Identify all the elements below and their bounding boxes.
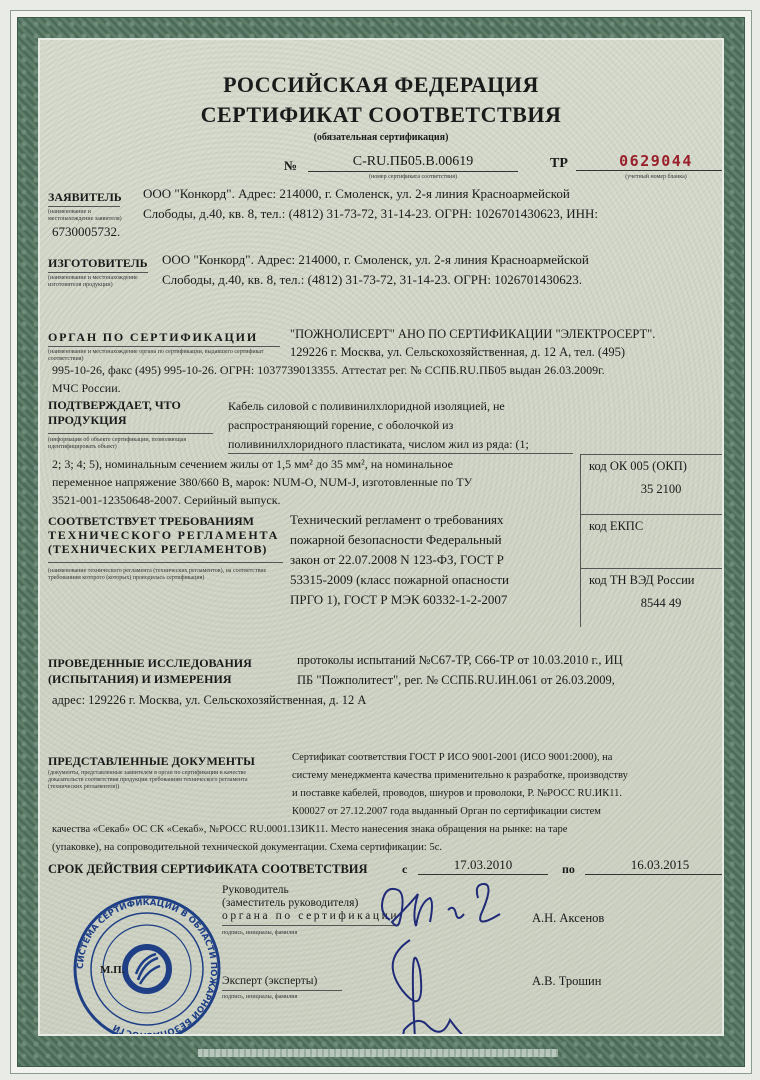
code-okp-caption: код ОК 005 (ОКП) bbox=[581, 455, 724, 474]
head-title-1: Руководитель bbox=[222, 884, 289, 897]
certificate-sheet: РОССИЙСКАЯ ФЕДЕРАЦИЯ СЕРТИФИКАТ СООТВЕТС… bbox=[10, 10, 752, 1074]
expert-label: Эксперт (эксперты) bbox=[222, 975, 317, 988]
tests-line-3: адрес: 129226 г. Москва, ул. Сельскохозя… bbox=[52, 690, 366, 710]
regulations-hint: (наименование технического регламента (т… bbox=[48, 568, 273, 582]
head-name: А.Н. Аксенов bbox=[532, 912, 604, 925]
applicant-line-1: ООО "Конкорд". Адрес: 214000, г. Смоленс… bbox=[143, 184, 570, 204]
regulations-line-2: пожарной безопасности Федеральный bbox=[290, 530, 502, 550]
product-line-5: переменное напряжение 380/660 В, марок: … bbox=[52, 472, 472, 492]
guilloche-border: РОССИЙСКАЯ ФЕДЕРАЦИЯ СЕРТИФИКАТ СООТВЕТС… bbox=[17, 17, 745, 1067]
regulations-label-2: ТЕХНИЧЕСКОГО РЕГЛАМЕНТА bbox=[48, 528, 279, 542]
documents-line-6: (упаковке), на сопроводительной техничес… bbox=[52, 838, 442, 858]
documents-line-5: качества «Секаб» ОС СК «Секаб», №РОСС RU… bbox=[52, 820, 567, 840]
applicant-hint: (наименование и местонахождение заявител… bbox=[48, 209, 128, 223]
regulations-label-1: СООТВЕТСТВУЕТ ТРЕБОВАНИЯМ bbox=[48, 514, 254, 528]
certification-body-line-1: "ПОЖНОЛИСЕРТ" АНО ПО СЕРТИФИКАЦИИ "ЭЛЕКТ… bbox=[290, 324, 655, 344]
documents-line-4: К00027 от 27.12.2007 года выданный Орган… bbox=[292, 802, 601, 822]
manufacturer-line-2: Слободы, д.40, кв. 8, тел.: (4812) 31-73… bbox=[162, 270, 582, 290]
country-heading: РОССИЙСКАЯ ФЕДЕРАЦИЯ bbox=[40, 72, 722, 98]
regulations-line-1: Технический регламент о требованиях bbox=[290, 510, 504, 530]
documents-line-2: систему менеджмента качества применитель… bbox=[292, 766, 628, 786]
head-title-2: (заместитель руководителя) bbox=[222, 897, 358, 910]
mp-label: М.П. bbox=[100, 964, 124, 976]
certification-body-line-3: 995-10-26, факс (495) 995-10-26. ОГРН: 1… bbox=[52, 360, 605, 380]
tests-line-2: ПБ "Пожполитест", рег. № ССПБ.RU.ИН.061 … bbox=[297, 670, 615, 690]
certificate-number-caption: (номер сертификата соответствия) bbox=[308, 174, 518, 181]
signature-head-icon bbox=[370, 880, 540, 1036]
product-hint: (информация об объекте сертификации, поз… bbox=[48, 437, 213, 451]
code-tnved-caption: код ТН ВЭД России bbox=[581, 569, 724, 588]
validity-from-word: с bbox=[402, 862, 407, 876]
manufacturer-label: ИЗГОТОВИТЕЛЬ bbox=[48, 256, 148, 270]
regulations-label-3: (ТЕХНИЧЕСКИХ РЕГЛАМЕНТОВ) bbox=[48, 542, 267, 556]
tests-line-1: протоколы испытаний №С67-ТР, С66-ТР от 1… bbox=[297, 650, 623, 670]
document-subtitle: (обязательная сертификация) bbox=[40, 132, 722, 143]
documents-line-1: Сертификат соответствия ГОСТ Р ИСО 9001-… bbox=[292, 748, 612, 768]
official-seal-icon: СИСТЕМА СЕРТИФИКАЦИИ В ОБЛАСТИ ПОЖАРНОЙ … bbox=[72, 894, 222, 1036]
code-ekps-caption: код ЕКПС bbox=[581, 515, 724, 534]
code-box-okp: код ОК 005 (ОКП) 35 2100 bbox=[580, 454, 724, 515]
tests-label-1: ПРОВЕДЕННЫЕ ИССЛЕДОВАНИЯ bbox=[48, 656, 252, 670]
validity-label: СРОК ДЕЙСТВИЯ СЕРТИФИКАТА СООТВЕТСТВИЯ bbox=[48, 862, 368, 876]
validity-from-date: 17.03.2010 bbox=[418, 856, 548, 875]
product-label-1: ПОДТВЕРЖДАЕТ, ЧТО bbox=[48, 398, 181, 412]
tp-label: ТР bbox=[550, 156, 568, 172]
product-line-4: 2; 3; 4; 5), номинальным сечением жилы о… bbox=[52, 454, 453, 474]
certificate-body: РОССИЙСКАЯ ФЕДЕРАЦИЯ СЕРТИФИКАТ СООТВЕТС… bbox=[38, 38, 724, 1036]
footer-microtext bbox=[198, 1049, 558, 1057]
expert-name: А.В. Трошин bbox=[532, 975, 601, 988]
certification-body-label: ОРГАН ПО СЕРТИФИКАЦИИ bbox=[48, 330, 258, 344]
code-tnved-value: 8544 49 bbox=[581, 588, 724, 611]
certification-body-line-2: 129226 г. Москва, ул. Сельскохозяйственн… bbox=[290, 342, 625, 362]
blank-number: 0629044 bbox=[576, 152, 724, 171]
validity-to-word: по bbox=[562, 862, 575, 876]
certificate-number: C-RU.ПБ05.В.00619 bbox=[308, 154, 518, 172]
product-line-1: Кабель силовой с поливинилхлоридной изол… bbox=[228, 396, 505, 416]
number-sign: № bbox=[284, 158, 297, 174]
head-hint: подпись, инициалы, фамилия bbox=[222, 930, 297, 937]
manufacturer-line-1: ООО "Конкорд". Адрес: 214000, г. Смоленс… bbox=[162, 250, 589, 270]
validity-to-date: 16.03.2015 bbox=[585, 856, 724, 875]
applicant-line-2: Слободы, д.40, кв. 8, тел.: (4812) 31-73… bbox=[143, 204, 598, 224]
product-label-2: ПРОДУКЦИЯ bbox=[48, 413, 127, 427]
regulations-line-4: 53315-2009 (класс пожарной опасности bbox=[290, 570, 509, 590]
code-okp-value: 35 2100 bbox=[581, 474, 724, 497]
regulations-line-3: закон от 22.07.2008 N 123-ФЗ, ГОСТ Р bbox=[290, 550, 504, 570]
document-title: СЕРТИФИКАТ СООТВЕТСТВИЯ bbox=[40, 102, 722, 128]
applicant-line-3: 6730005732. bbox=[52, 222, 120, 242]
product-line-2: распространяющий горение, с оболочкой из bbox=[228, 415, 453, 435]
applicant-label: ЗАЯВИТЕЛЬ bbox=[48, 190, 122, 204]
blank-number-caption: (учетный номер бланка) bbox=[576, 174, 724, 181]
expert-hint: подпись, инициалы, фамилия bbox=[222, 994, 297, 1001]
regulations-line-5: ПРГО 1), ГОСТ Р МЭК 60332-1-2-2007 bbox=[290, 590, 507, 610]
svg-text:СИСТЕМА СЕРТИФИКАЦИИ В ОБЛАСТИ: СИСТЕМА СЕРТИФИКАЦИИ В ОБЛАСТИ ПОЖАРНОЙ … bbox=[76, 898, 218, 1036]
code-box-ekps: код ЕКПС bbox=[580, 514, 724, 569]
documents-line-3: и поставке кабелей, проводов, шнуров и п… bbox=[292, 784, 622, 804]
code-box-tnved: код ТН ВЭД России 8544 49 bbox=[580, 568, 724, 627]
documents-hint: (документы, представленные заявителем в … bbox=[48, 770, 273, 791]
documents-label: ПРЕДСТАВЛЕННЫЕ ДОКУМЕНТЫ bbox=[48, 754, 255, 768]
product-line-6: 3521-001-12350648-2007. Серийный выпуск. bbox=[52, 490, 281, 510]
tests-label-2: (ИСПЫТАНИЯ) И ИЗМЕРЕНИЯ bbox=[48, 672, 232, 686]
product-line-3: поливинилхлоридного пластиката, числом ж… bbox=[228, 434, 529, 454]
code-ekps-value bbox=[581, 534, 724, 542]
certification-body-line-4: МЧС России. bbox=[52, 378, 121, 398]
manufacturer-hint: (наименование и местонахождение изготови… bbox=[48, 275, 138, 289]
